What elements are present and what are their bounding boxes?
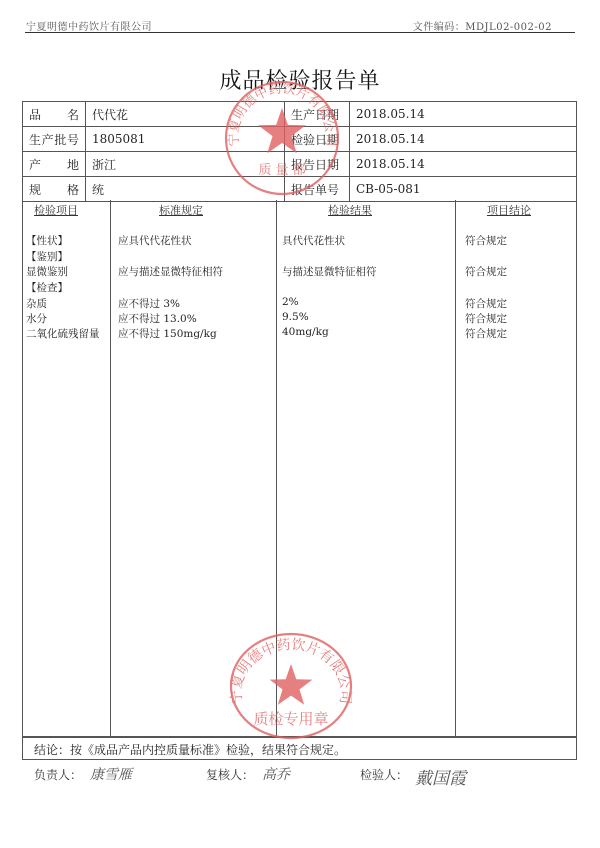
value-report-date: 2018.05.14 [350,152,577,177]
label-inspection-date: 检验日期 [285,127,350,152]
label-product-name: 品 名 [23,102,86,127]
header-divider [25,32,575,33]
cell-standard: 应不得过 3% [118,296,180,311]
reviewer-signature: 高乔 [262,764,290,784]
inspector-label: 检验人： [360,766,408,783]
inspector-signature: 戴国霞 [415,764,466,789]
label-batch-number: 生产批号 [23,127,86,152]
value-report-number: CB-05-081 [350,177,577,202]
header-conclusion: 项目结论 [487,202,531,218]
label-production-date: 生产日期 [285,102,350,127]
column-divider [276,200,277,736]
cell-test-item: 【性状】 [26,233,68,248]
info-row: 产 地 浙江 报告日期 2018.05.14 [23,152,577,177]
header-result: 检验结果 [328,202,372,218]
responsible-label: 负责人： [34,766,82,783]
cell-conclusion: 符合规定 [465,326,507,341]
cell-conclusion: 符合规定 [465,296,507,311]
label-report-date: 报告日期 [285,152,350,177]
conclusion-text: 结论：按《成品产品内控质量标准》检验，结果符合规定。 [22,737,577,760]
cell-standard: 应与描述显微特征相符 [118,264,223,279]
value-product-name: 代代花 [86,102,285,127]
value-inspection-date: 2018.05.14 [350,127,577,152]
cell-test-item: 杂质 [26,296,47,311]
label-specification: 规 格 [23,177,86,202]
document-number: 文件编码：MDJL02-002-02 [413,18,552,33]
value-production-date: 2018.05.14 [350,102,577,127]
header-test-item: 检验项目 [34,202,78,218]
value-origin: 浙江 [86,152,285,177]
cell-result: 与描述显微特征相符 [282,264,377,279]
cell-conclusion: 符合规定 [465,264,507,279]
column-divider [110,200,111,736]
cell-test-item: 【鉴别】 [26,249,68,264]
value-specification: 统 [86,177,285,202]
cell-conclusion: 符合规定 [465,233,507,248]
cell-result: 40mg/kg [282,326,329,338]
cell-standard: 应具代代花性状 [118,233,192,248]
cell-result: 9.5% [282,311,309,323]
cell-test-item: 水分 [26,311,47,326]
results-table: 检验项目 标准规定 检验结果 项目结论 【性状】应具代代花性状具代代花性状符合规… [22,200,577,737]
page-title: 成品检验报告单 [0,64,600,95]
header-standard: 标准规定 [159,202,203,218]
value-batch-number: 1805081 [86,127,285,152]
cell-result: 2% [282,296,299,308]
cell-conclusion: 符合规定 [465,311,507,326]
cell-test-item: 显微鉴别 [26,264,68,279]
info-row: 品 名 代代花 生产日期 2018.05.14 [23,102,577,127]
label-origin: 产 地 [23,152,86,177]
product-info-table: 品 名 代代花 生产日期 2018.05.14 生产批号 1805081 检验日… [22,101,577,202]
cell-standard: 应不得过 150mg/kg [118,326,217,341]
cell-standard: 应不得过 13.0% [118,311,197,326]
responsible-signature: 康雪雁 [90,764,132,784]
reviewer-label: 复核人： [206,766,254,783]
column-divider [455,200,456,736]
company-header: 宁夏明德中药饮片有限公司 [26,18,152,33]
info-row: 生产批号 1805081 检验日期 2018.05.14 [23,127,577,152]
info-row: 规 格 统 报告单号 CB-05-081 [23,177,577,202]
cell-result: 具代代花性状 [282,233,345,248]
cell-test-item: 【检查】 [26,280,68,295]
label-report-number: 报告单号 [285,177,350,202]
cell-test-item: 二氧化硫残留量 [26,326,100,341]
